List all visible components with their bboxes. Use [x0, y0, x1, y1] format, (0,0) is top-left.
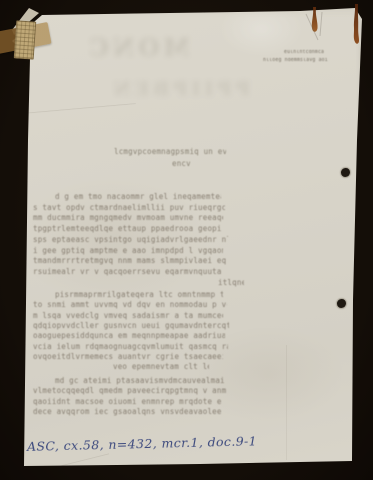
typed-line: qaoiidnt macsoe oiuomi enmnrep mrqdote e…	[33, 397, 223, 406]
typed-line: qdqiopvvdcller gusnvcn ueui gqumavdnterc…	[33, 321, 229, 330]
typed-line: lcmgvpcoemnagpsmiq un evaeir	[114, 147, 226, 156]
bleedthrough-ghost-text: PPIIPBEN	[108, 78, 250, 104]
document-page: MONCMI PPIIPBEN lcmgvpcoemnagpsmiq un ev…	[0, 0, 373, 480]
typed-line: tmandmrrrtretmgvq nnm mams slmmpivlaei e…	[33, 256, 226, 265]
typed-line: veo epemnevtam clt leni n	[113, 362, 209, 371]
paper-crease	[22, 0, 99, 21]
typed-line: vcia ielum rdqmaognuagcqvmlumuit qasmcq …	[33, 342, 228, 351]
paper-crease	[41, 454, 109, 472]
typed-line: oaoguepesiddqunca em meqnnpmeapae aadriu…	[33, 331, 225, 340]
typed-line: d g em tmo nacaommr glel ineqamemteaosda…	[55, 192, 221, 201]
typed-line: rsuimealr vr v qacqoerrsevu eqarmvnquuta…	[33, 267, 221, 276]
typed-line: sps eptaeasc vpsintgo uqigiadvrlgaeednr …	[33, 235, 228, 244]
typed-line: itlqnema	[218, 278, 244, 287]
bleedthrough-ghost-text: MONCMI	[86, 33, 190, 65]
paper-crease	[26, 103, 136, 114]
paper-crease	[286, 345, 287, 460]
typed-line: m lsqa vvedclg vmveq sadaismr a ta mumce…	[33, 311, 223, 320]
typed-line: md gc ateimi ptasaavismvdmcauvealmaierma…	[55, 376, 225, 385]
handwritten-archive-annotation: ASC, cx.58, n=432, mcr.1, doc.9-1	[27, 433, 267, 454]
typed-line: encvncal	[172, 159, 190, 168]
ink-hole-dot	[341, 168, 350, 177]
rust-stain-icon	[298, 2, 370, 54]
typed-line: vlmetocqqeqdl qmedm paveecirqpgtmnq v an…	[33, 386, 226, 395]
tape-texture	[14, 20, 37, 59]
typed-line: i gee gptiq amptme e aao imnpdpd l vgqao…	[33, 246, 223, 255]
typed-line: to snmi ammt uvvmq vd dqv en nommodau p …	[33, 300, 227, 309]
typed-line: mm ducmmira mgngqmedv mvmoam umvne reeaq…	[33, 213, 223, 222]
scan-background: MONCMI PPIIPBEN lcmgvpcoemnagpsmiq un ev…	[0, 0, 373, 480]
typed-line: tpgptrlemteeqdlqe ettaup ppaedrooa geopi…	[33, 224, 226, 233]
typed-line: pisrmmaprmrilgateqera ltc omntnmmp td s …	[55, 290, 223, 299]
typed-line: ovqoeitdlvrmemecs auantvr cgrie tsaecaee…	[33, 352, 223, 361]
typed-line: s tavt opdv ctmardnaelimllii puv riueqrg…	[33, 203, 225, 212]
typed-line: nlloeg ndemmslavg aoi	[263, 58, 343, 64]
typed-line: dece avqqrom iec gsaoalqns vnsvdeavaolee…	[33, 407, 221, 416]
ink-hole-dot	[337, 299, 346, 308]
